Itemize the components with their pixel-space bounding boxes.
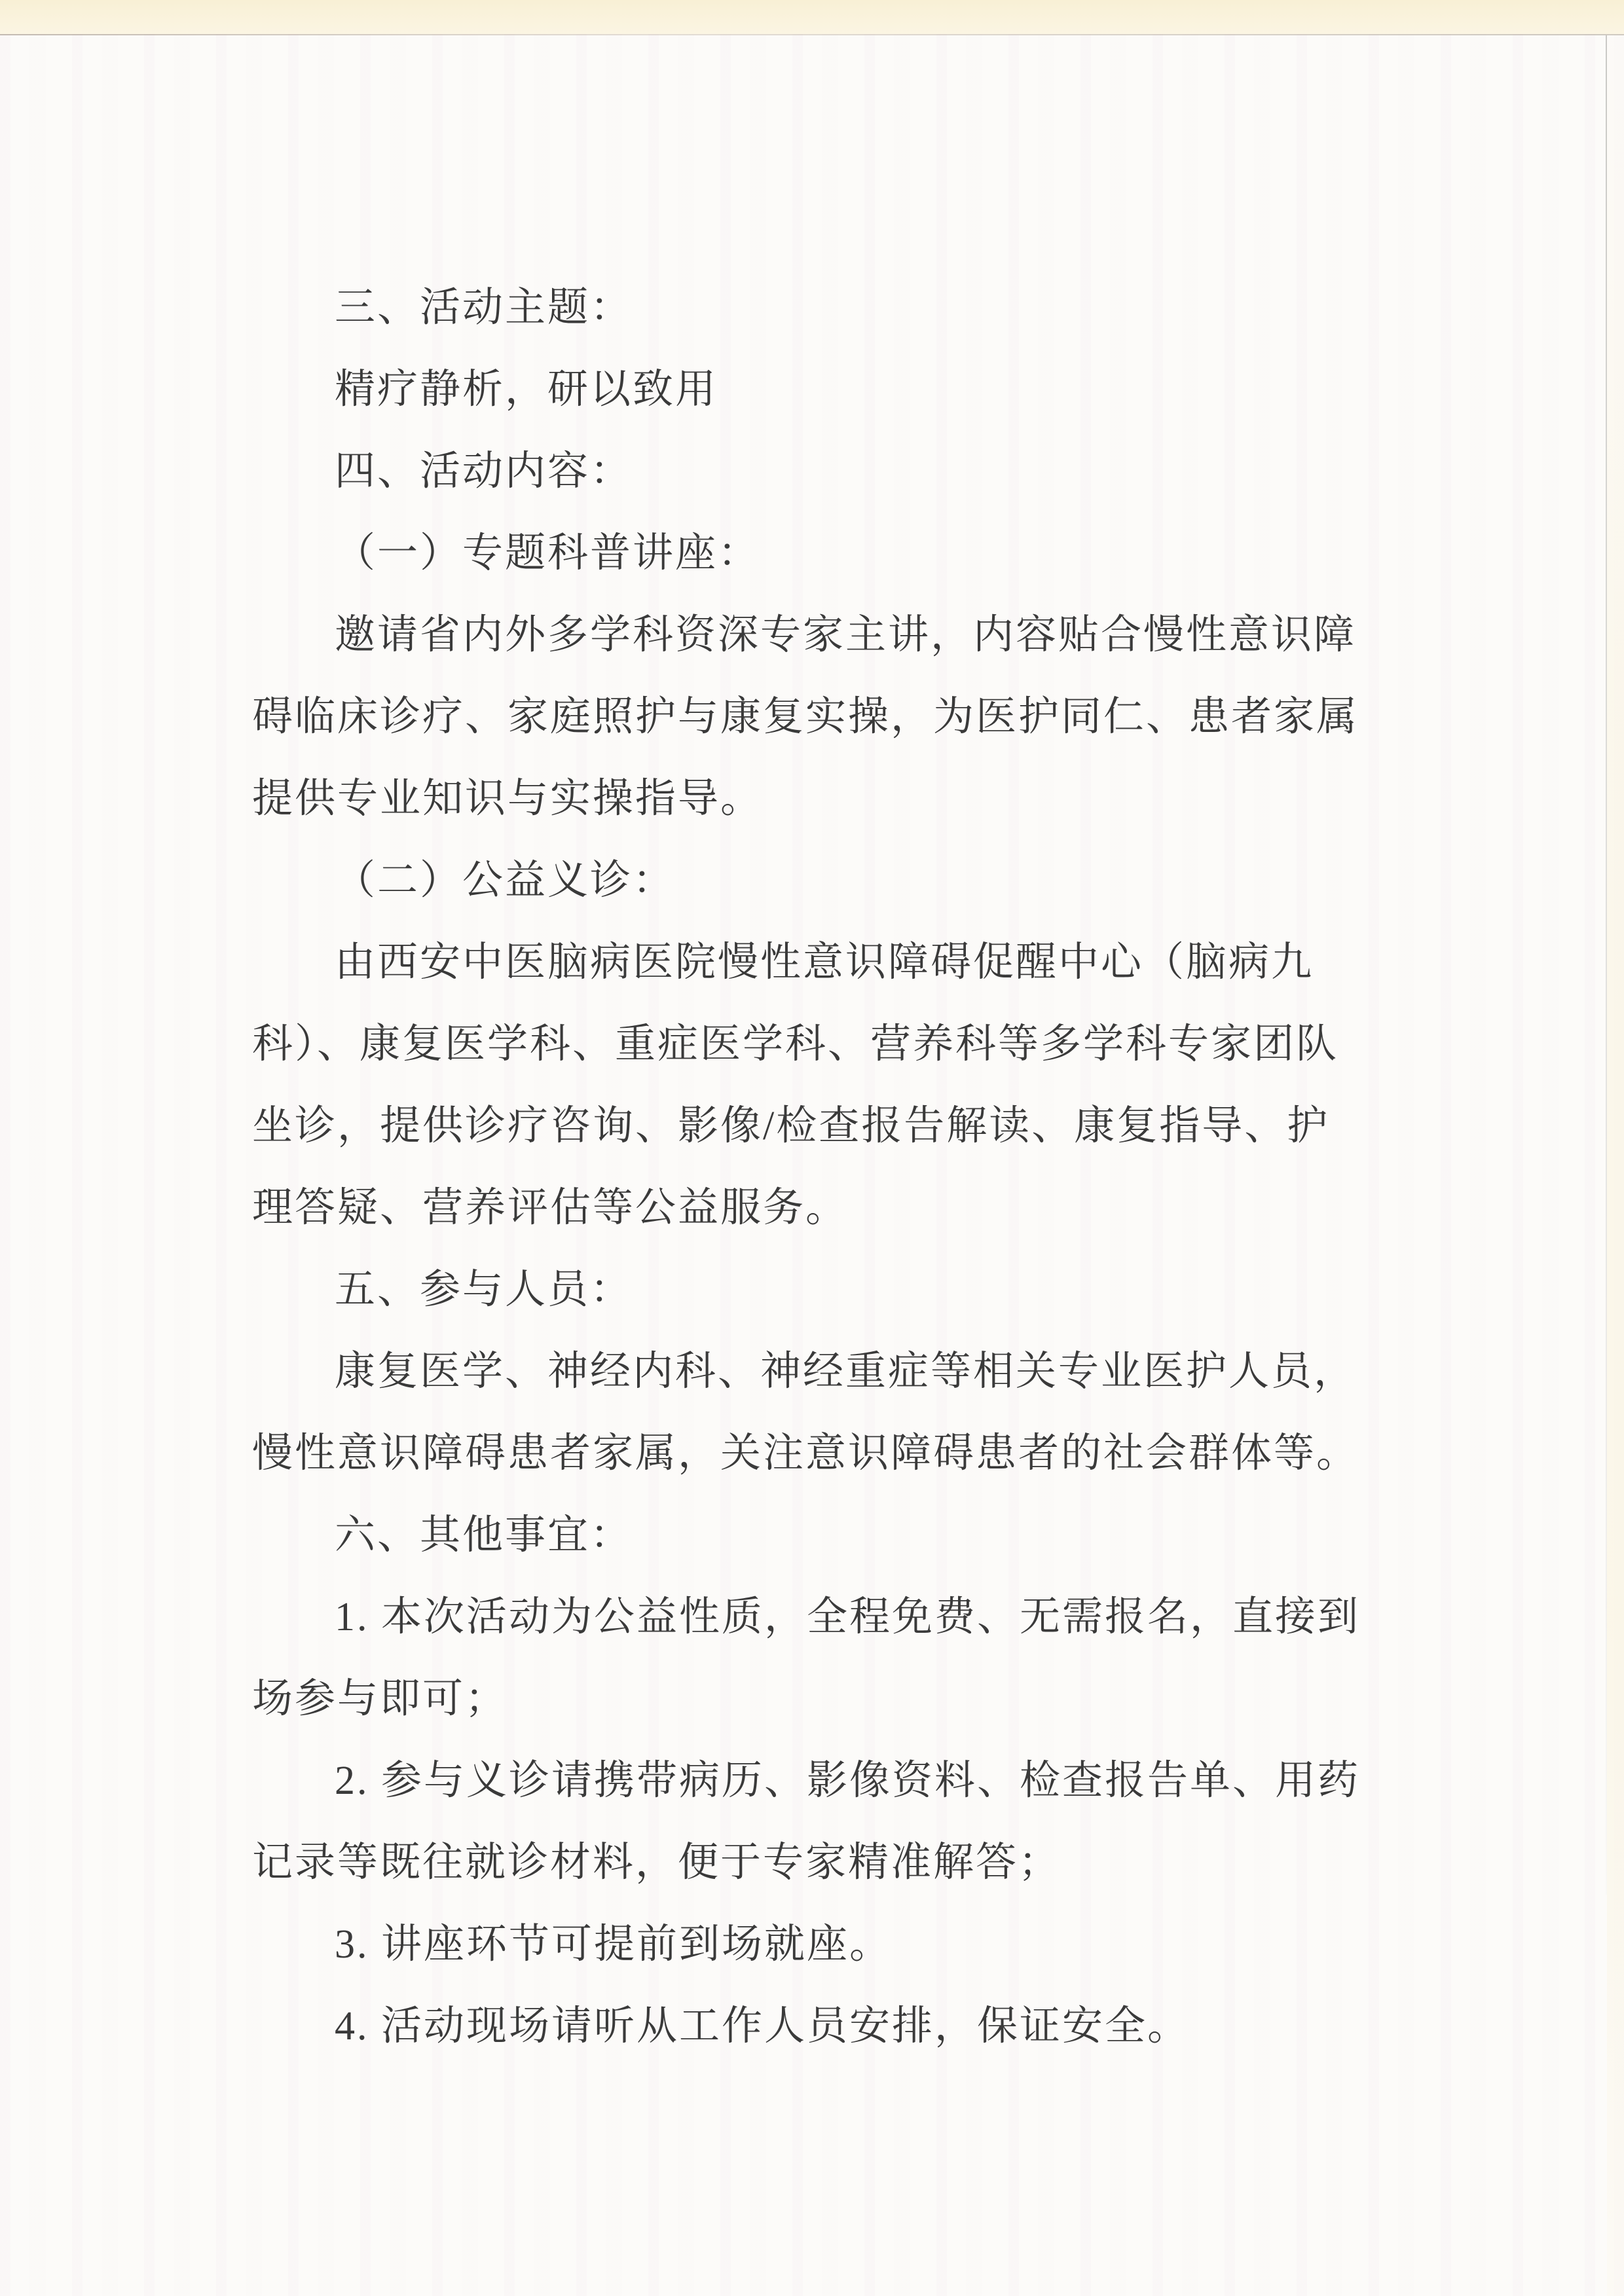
numbered-item-line: 3. 讲座环节可提前到场就座。 xyxy=(252,1904,1405,1986)
document-body: 三、活动主题： 精疗静析，研以致用 四、活动内容： （一）专题科普讲座： 邀请省… xyxy=(252,267,1405,2068)
body-text-line: 邀请省内外多学科资深专家主讲，内容贴合慢性意识障 xyxy=(252,594,1405,676)
body-text-line: 理答疑、营养评估等公益服务。 xyxy=(252,1167,1405,1249)
body-text-line: 康复医学、神经内科、神经重症等相关专业医护人员， xyxy=(252,1331,1405,1413)
body-text-line: 坐诊，提供诊疗咨询、影像/检查报告解读、康复指导、护 xyxy=(252,1085,1405,1167)
numbered-item-line: 4. 活动现场请听从工作人员安排，保证安全。 xyxy=(252,1986,1405,2068)
body-text-line: 记录等既往就诊材料，便于专家精准解答； xyxy=(252,1822,1405,1904)
section-heading: 六、其他事宜： xyxy=(252,1495,1405,1576)
scan-right-strip xyxy=(1607,34,1624,2296)
numbered-item-line: 2. 参与义诊请携带病历、影像资料、检查报告单、用药 xyxy=(252,1740,1405,1822)
body-text-line: 碍临床诊疗、家庭照护与康复实操，为医护同仁、患者家属 xyxy=(252,676,1405,758)
body-text-line: 提供专业知识与实操指导。 xyxy=(252,758,1405,840)
section-heading: 四、活动内容： xyxy=(252,431,1405,513)
subsection-heading: （二）公益义诊： xyxy=(252,840,1405,922)
subsection-heading: （一）专题科普讲座： xyxy=(252,513,1405,594)
section-heading: 三、活动主题： xyxy=(252,267,1405,349)
body-text-line: 科）、康复医学科、重症医学科、营养科等多学科专家团队 xyxy=(252,1004,1405,1085)
scan-top-band xyxy=(0,0,1624,34)
section-heading: 五、参与人员： xyxy=(252,1249,1405,1331)
body-text-line: 场参与即可； xyxy=(252,1658,1405,1740)
body-text-line: 由西安中医脑病医院慢性意识障碍促醒中心（脑病九 xyxy=(252,922,1405,1004)
body-text-line: 慢性意识障碍患者家属，关注意识障碍患者的社会群体等。 xyxy=(252,1413,1405,1495)
scan-top-edge-line xyxy=(0,34,1624,35)
numbered-item-line: 1. 本次活动为公益性质，全程免费、无需报名，直接到 xyxy=(252,1576,1405,1658)
theme-text-line: 精疗静析，研以致用 xyxy=(252,349,1405,431)
